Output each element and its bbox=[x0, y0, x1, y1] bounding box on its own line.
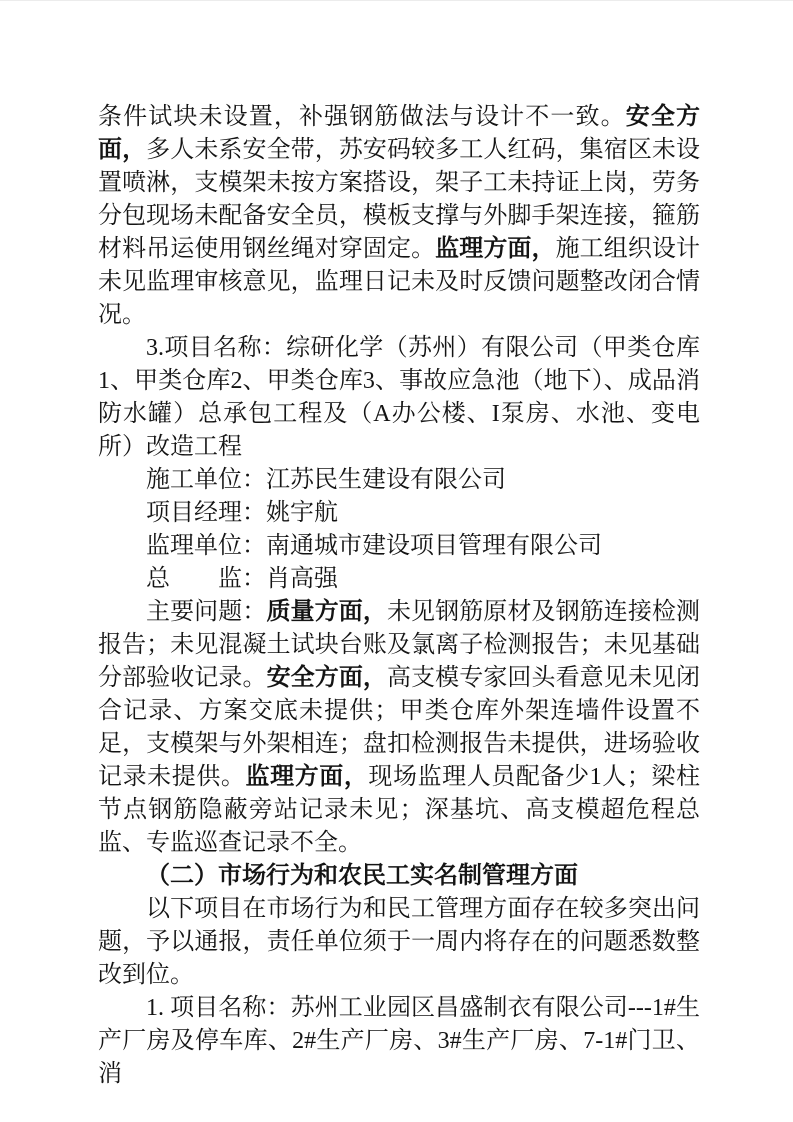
section-heading-market-behavior: （二）市场行为和农民工实名制管理方面 bbox=[98, 860, 700, 893]
field-chief-supervisor: 总 监：肖高强 bbox=[98, 563, 700, 596]
text-run: 以下项目在市场行为和民工管理方面存在较多突出问题，予以通报，责任单位须于一周内将… bbox=[98, 896, 700, 988]
text-run: 主要问题： bbox=[146, 599, 266, 625]
text-run: 施工单位：江苏民生建设有限公司 bbox=[146, 467, 506, 493]
heading-text: （二）市场行为和农民工实名制管理方面 bbox=[146, 863, 578, 889]
paragraph-project3-name: 3.项目名称：综研化学（苏州）有限公司（甲类仓库1、甲类仓库2、甲类仓库3、事故… bbox=[98, 332, 700, 464]
document-page: 条件试块未设置，补强钢筋做法与设计不一致。安全方面，多人未系安全带，苏安码较多工… bbox=[0, 0, 793, 1122]
emphasis-supervision-aspect: 监理方面， bbox=[246, 764, 369, 790]
paragraph-notification: 以下项目在市场行为和民工管理方面存在较多突出问题，予以通报，责任单位须于一周内将… bbox=[98, 893, 700, 992]
field-construction-unit: 施工单位：江苏民生建设有限公司 bbox=[98, 464, 700, 497]
paragraph-main-problems: 主要问题：质量方面，未见钢筋原材及钢筋连接检测报告；未见混凝土试块台账及氯离子检… bbox=[98, 596, 700, 860]
text-run: 总 监：肖高强 bbox=[146, 566, 338, 592]
text-run: 监理单位：南通城市建设项目管理有限公司 bbox=[146, 533, 602, 559]
paragraph-project1-name: 1. 项目名称：苏州工业园区昌盛制衣有限公司---1#生产厂房及停车库、2#生产… bbox=[98, 992, 700, 1091]
text-run: 项目经理：姚宇航 bbox=[146, 500, 338, 526]
paragraph-safety-supervision-issues: 条件试块未设置，补强钢筋做法与设计不一致。安全方面，多人未系安全带，苏安码较多工… bbox=[98, 101, 700, 332]
emphasis-supervision-aspect: 监理方面， bbox=[435, 236, 555, 262]
text-run: 1. 项目名称：苏州工业园区昌盛制衣有限公司---1#生产厂房及停车库、2#生产… bbox=[98, 995, 700, 1087]
field-project-manager: 项目经理：姚宇航 bbox=[98, 497, 700, 530]
field-supervision-unit: 监理单位：南通城市建设项目管理有限公司 bbox=[98, 530, 700, 563]
text-run: 3.项目名称：综研化学（苏州）有限公司（甲类仓库1、甲类仓库2、甲类仓库3、事故… bbox=[98, 335, 700, 460]
text-run: 条件试块未设置，补强钢筋做法与设计不一致。 bbox=[98, 104, 626, 130]
emphasis-quality-aspect: 质量方面， bbox=[266, 599, 386, 625]
emphasis-safety-aspect: 安全方面， bbox=[267, 665, 387, 691]
